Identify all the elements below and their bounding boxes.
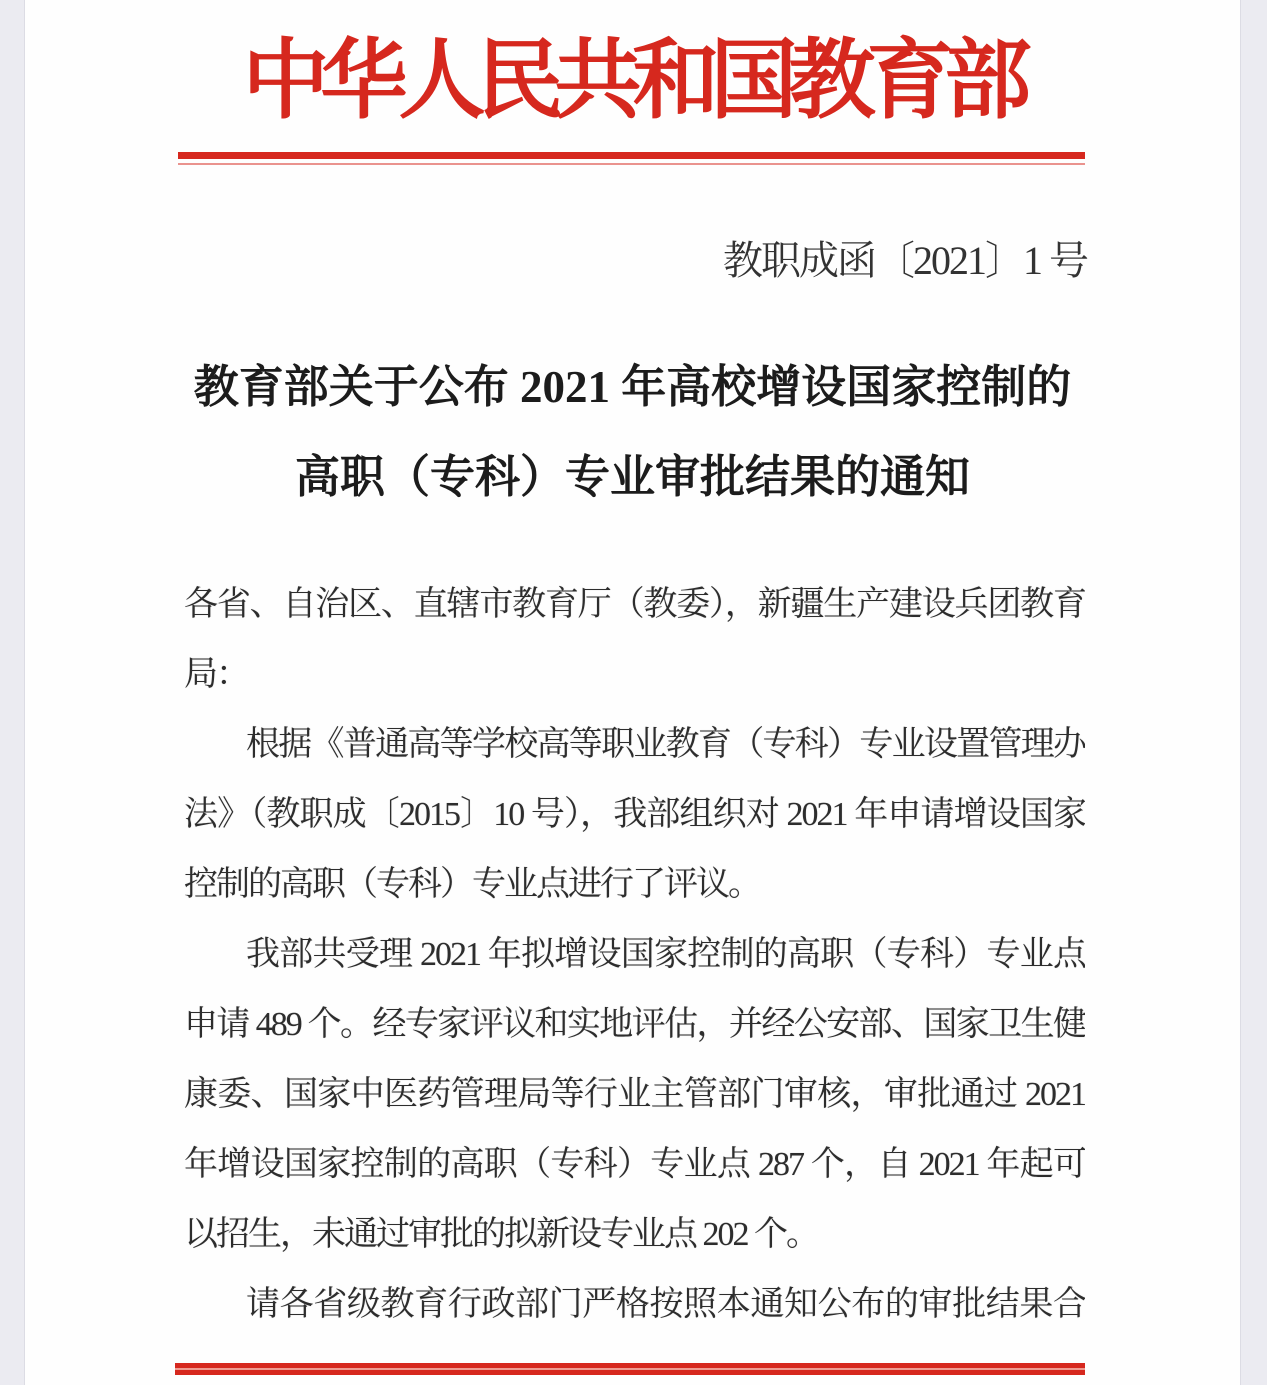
- body-line: 以招生，未通过审批的拟新设专业点 202 个。: [184, 1200, 1085, 1270]
- body-line: 康委、国家中医药管理局等行业主管部门审核，审批通过 2021: [184, 1060, 1085, 1130]
- body-line: 局：: [184, 640, 1085, 710]
- body-line: 申请 489 个。经专家评议和实地评估，并经公安部、国家卫生健: [184, 990, 1085, 1060]
- doc-number: 教职成函〔2021〕1 号: [723, 238, 1087, 284]
- letterhead-rule-thick: [178, 152, 1085, 159]
- body-line: 各省、自治区、直辖市教育厅（教委），新疆生产建设兵团教育: [184, 570, 1085, 640]
- notice-title-line1: 教育部关于公布 2021 年高校增设国家控制的: [25, 342, 1240, 432]
- document-viewer: 中华人民共和国教育部 教职成函〔2021〕1 号 教育部关于公布 2021 年高…: [0, 0, 1267, 1385]
- body-line: 控制的高职（专科）专业点进行了评议。: [184, 850, 1085, 920]
- notice-title-line2: 高职（专科）专业审批结果的通知: [25, 432, 1240, 522]
- letterhead-org-name: 中华人民共和国教育部: [25, 28, 1240, 133]
- body-line: 我部共受理 2021 年拟增设国家控制的高职（专科）专业点: [184, 920, 1085, 990]
- document-body: 各省、自治区、直辖市教育厅（教委），新疆生产建设兵团教育局：根据《普通高等学校高…: [184, 570, 1085, 1340]
- viewer-right-gutter: [1240, 0, 1267, 1385]
- footer-rule: [175, 1363, 1085, 1375]
- notice-title: 教育部关于公布 2021 年高校增设国家控制的 高职（专科）专业审批结果的通知: [25, 342, 1240, 522]
- body-line: 根据《普通高等学校高等职业教育（专科）专业设置管理办: [184, 710, 1085, 780]
- body-line: 年增设国家控制的高职（专科）专业点 287 个，自 2021 年起可: [184, 1130, 1085, 1200]
- letterhead-rule-thin: [178, 163, 1085, 165]
- viewer-left-gutter: [0, 0, 25, 1385]
- body-line: 请各省级教育行政部门严格按照本通知公布的审批结果合: [184, 1270, 1085, 1340]
- body-line: 法》（教职成〔2015〕10 号），我部组织对 2021 年申请增设国家: [184, 780, 1085, 850]
